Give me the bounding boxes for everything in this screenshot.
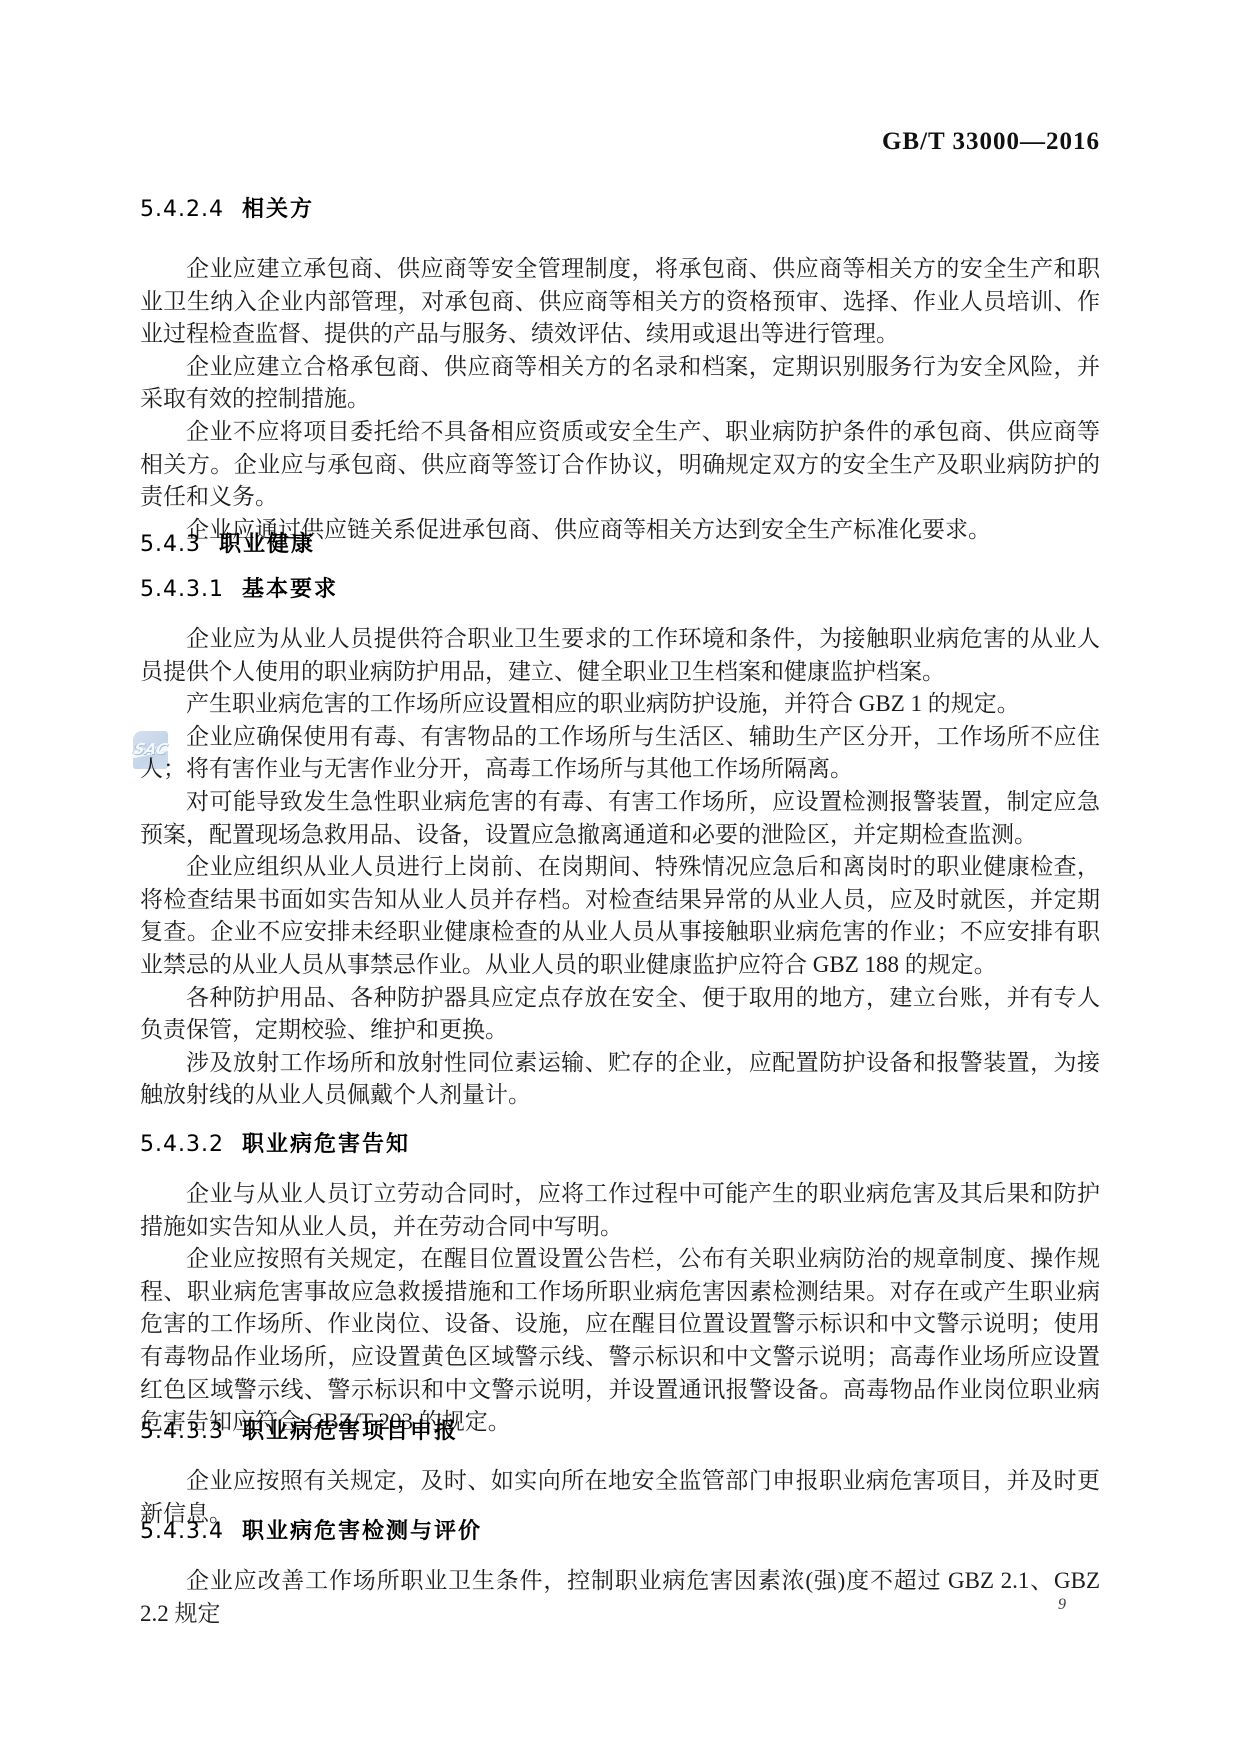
clause-heading-5-4-3: 5.4.3职业健康 bbox=[140, 531, 1100, 559]
paragraph: 企业应组织从业人员进行上岗前、在岗期间、特殊情况应急后和离岗时的职业健康检查，将… bbox=[140, 851, 1100, 981]
clause-body-5-4-2-4: 企业应建立承包商、供应商等安全管理制度，将承包商、供应商等相关方的安全生产和职业… bbox=[140, 253, 1100, 546]
clause-heading-5-4-2-4: 5.4.2.4相关方 bbox=[140, 196, 1100, 224]
clause-number: 5.4.3.1 bbox=[140, 577, 224, 602]
clause-body-5-4-3-4: 企业应改善工作场所职业卫生条件，控制职业病危害因素浓(强)度不超过 GBZ 2.… bbox=[140, 1565, 1100, 1630]
clause-number: 5.4.3.2 bbox=[140, 1132, 224, 1157]
paragraph: 企业不应将项目委托给不具备相应资质或安全生产、职业病防护条件的承包商、供应商等相… bbox=[140, 416, 1100, 514]
clause-title: 基本要求 bbox=[242, 577, 338, 602]
paragraph: 对可能导致发生急性职业病危害的有毒、有害工作场所，应设置检测报警装置，制定应急预… bbox=[140, 786, 1100, 851]
clause-title: 职业病危害项目申报 bbox=[242, 1419, 458, 1444]
paragraph: 企业应建立合格承包商、供应商等相关方的名录和档案，定期识别服务行为安全风险，并采… bbox=[140, 351, 1100, 416]
standard-code-header: GB/T 33000—2016 bbox=[882, 128, 1100, 156]
clause-number: 5.4.2.4 bbox=[140, 197, 224, 222]
clause-number: 5.4.3 bbox=[140, 532, 201, 557]
paragraph: 企业应改善工作场所职业卫生条件，控制职业病危害因素浓(强)度不超过 GBZ 2.… bbox=[140, 1565, 1100, 1630]
paragraph: 产生职业病危害的工作场所应设置相应的职业病防护设施，并符合 GBZ 1 的规定。 bbox=[140, 688, 1100, 721]
paragraph: 企业应确保使用有毒、有害物品的工作场所与生活区、辅助生产区分开，工作场所不应住人… bbox=[140, 721, 1100, 786]
clause-heading-5-4-3-1: 5.4.3.1基本要求 bbox=[140, 576, 1100, 604]
clause-body-5-4-3-2: 企业与从业人员订立劳动合同时，应将工作过程中可能产生的职业病危害及其后果和防护措… bbox=[140, 1178, 1100, 1439]
clause-title: 职业病危害告知 bbox=[242, 1132, 410, 1157]
clause-body-5-4-3-1: 企业应为从业人员提供符合职业卫生要求的工作环境和条件，为接触职业病危害的从业人员… bbox=[140, 623, 1100, 1112]
paragraph: 涉及放射工作场所和放射性同位素运输、贮存的企业，应配置防护设备和报警装置，为接触… bbox=[140, 1047, 1100, 1112]
clause-heading-5-4-3-4: 5.4.3.4职业病危害检测与评价 bbox=[140, 1518, 1100, 1546]
clause-heading-5-4-3-3: 5.4.3.3职业病危害项目申报 bbox=[140, 1418, 1100, 1446]
clause-heading-5-4-3-2: 5.4.3.2职业病危害告知 bbox=[140, 1131, 1100, 1159]
paragraph: 企业应为从业人员提供符合职业卫生要求的工作环境和条件，为接触职业病危害的从业人员… bbox=[140, 623, 1100, 688]
paragraph: 企业与从业人员订立劳动合同时，应将工作过程中可能产生的职业病危害及其后果和防护措… bbox=[140, 1178, 1100, 1243]
paragraph: 企业应建立承包商、供应商等安全管理制度，将承包商、供应商等相关方的安全生产和职业… bbox=[140, 253, 1100, 351]
clause-number: 5.4.3.3 bbox=[140, 1419, 224, 1444]
clause-title: 相关方 bbox=[242, 197, 314, 222]
clause-title: 职业病危害检测与评价 bbox=[242, 1519, 482, 1544]
clause-title: 职业健康 bbox=[219, 532, 315, 557]
clause-number: 5.4.3.4 bbox=[140, 1519, 224, 1544]
paragraph: 企业应按照有关规定，在醒目位置设置公告栏，公布有关职业病防治的规章制度、操作规程… bbox=[140, 1243, 1100, 1439]
paragraph: 各种防护用品、各种防护器具应定点存放在安全、便于取用的地方，建立台账，并有专人负… bbox=[140, 982, 1100, 1047]
document-page: GB/T 33000—2016 SAC 5.4.2.4相关方 企业应建立承包商、… bbox=[0, 0, 1241, 1754]
page-number: 9 bbox=[1058, 1596, 1066, 1614]
